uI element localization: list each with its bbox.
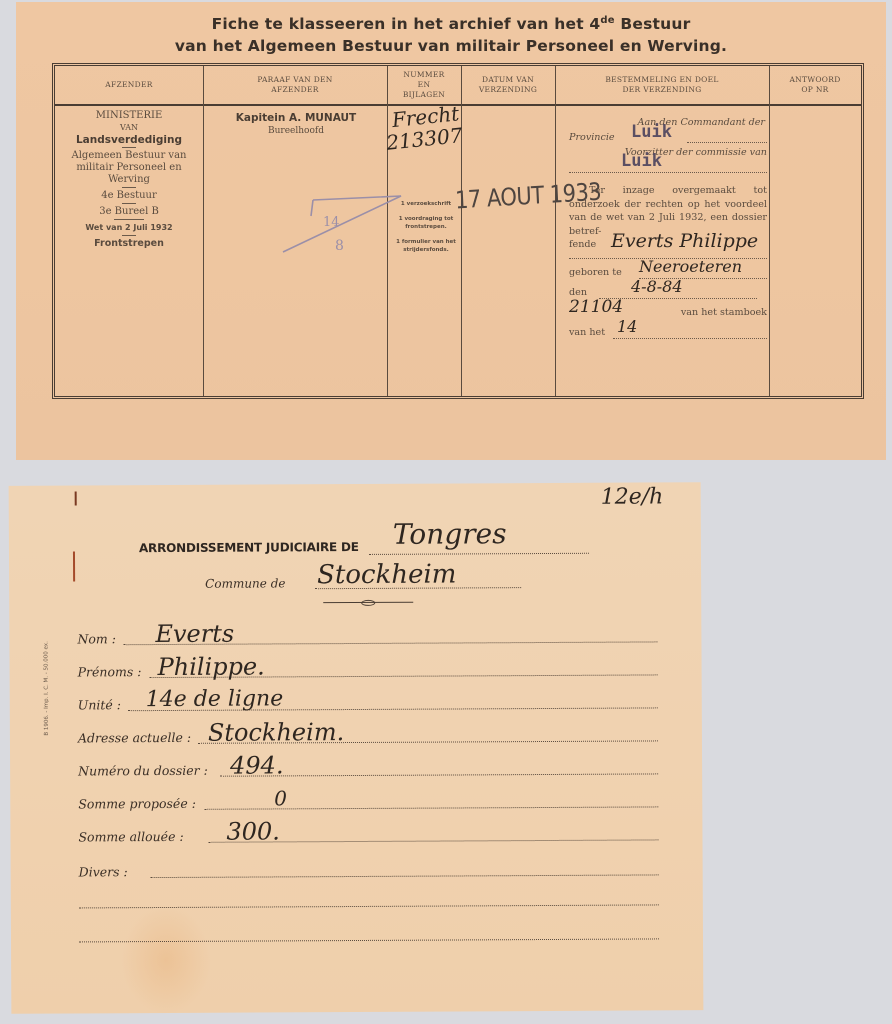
column-header-afzender: AFZENDER bbox=[55, 66, 203, 104]
field-value: Stockheim. bbox=[208, 719, 344, 746]
printer-mark: B 1906. - Imp. I. C. M. - 50.000 ex. bbox=[43, 641, 49, 735]
divider bbox=[122, 203, 136, 204]
archive-fiche-card: Fiche te klasseeren in het archief van h… bbox=[16, 2, 886, 460]
afzender-wet: Wet van 2 Juli 1932 bbox=[55, 222, 203, 234]
stamboek-nr-value: 21104 bbox=[569, 300, 623, 315]
officer-name: Kapitein A. MUNAUT bbox=[203, 112, 389, 124]
ornament-divider bbox=[323, 602, 413, 606]
pencil-top: 14 bbox=[323, 215, 340, 230]
title-line1-end: Bestuur bbox=[615, 15, 691, 33]
den-value: 4-8-84 bbox=[631, 280, 683, 295]
paper-stain bbox=[121, 905, 212, 1015]
column-header-antwoord: ANTWOORD OP Nr bbox=[769, 66, 861, 104]
fiche-title: Fiche te klasseeren in het archief van h… bbox=[16, 10, 886, 57]
corner-number: 12e/h bbox=[601, 484, 664, 509]
red-mark bbox=[75, 491, 77, 505]
commune-value: Stockheim bbox=[317, 559, 456, 590]
divider bbox=[122, 235, 136, 236]
arrondissement-value: Tongres bbox=[393, 517, 507, 551]
pencil-bottom: 8 bbox=[335, 238, 344, 254]
divider bbox=[122, 187, 136, 188]
field-somme-proposee: Somme proposée : 0 bbox=[78, 781, 658, 814]
title-line1: Fiche te klasseeren in het archief van h… bbox=[212, 15, 601, 33]
field-unite: Unité : 14e de ligne bbox=[78, 682, 658, 715]
field-numero-dossier: Numéro du dossier : 494. bbox=[78, 748, 658, 781]
red-mark bbox=[73, 551, 75, 581]
field-label: Numéro du dossier : bbox=[78, 763, 208, 779]
bijlagen-list: 1 verzoekschrift 1 voordraging tot front… bbox=[389, 200, 463, 261]
field-value: 300. bbox=[226, 818, 280, 844]
geboren-label: geboren te bbox=[569, 267, 622, 278]
stamboek-label: van het stamboek bbox=[681, 306, 767, 321]
dotted-line bbox=[220, 773, 658, 776]
field-label: Somme allouée : bbox=[78, 829, 183, 845]
column-header-bestemming: BESTEMMELING EN DOEL DER VERZENDING bbox=[555, 66, 769, 104]
field-nom: Nom : Everts bbox=[77, 616, 657, 649]
fende-label: fende bbox=[569, 239, 596, 250]
dotted-line bbox=[369, 553, 589, 555]
vanhet-value: 14 bbox=[617, 320, 637, 335]
field-somme-allouee: Somme allouée : 300. bbox=[78, 814, 658, 847]
column-header-nummer: NUMMER EN BIJLAGEN bbox=[387, 66, 461, 104]
paraaf-block: Kapitein A. MUNAUT Bureelhoofd bbox=[203, 112, 389, 136]
title-sup: de bbox=[600, 15, 614, 26]
dotted-line bbox=[151, 874, 659, 878]
vanhet-label: van het bbox=[569, 327, 605, 338]
divider bbox=[114, 219, 144, 220]
bestemming-block: Aan den Commandant der Provincie Luik Vo… bbox=[569, 116, 767, 346]
field-label: Divers : bbox=[79, 864, 128, 879]
column-divider bbox=[769, 66, 770, 396]
afzender-van: VAN bbox=[55, 122, 203, 134]
bijlage-item: 1 voordraging tot frontstrepen. bbox=[389, 215, 463, 231]
column-header-paraaf: PARAAF VAN DEN AFZENDER bbox=[203, 66, 387, 104]
fende-value: Everts Philippe bbox=[611, 234, 758, 249]
voorzitter-value: Luik bbox=[621, 154, 662, 169]
provincie-label: Provincie bbox=[569, 132, 615, 143]
field-value: 0 bbox=[274, 785, 287, 811]
divider bbox=[122, 147, 136, 148]
dotted-line bbox=[613, 338, 767, 339]
field-value: Philippe. bbox=[158, 653, 265, 680]
field-value: Everts bbox=[155, 621, 234, 647]
afzender-ministerie: MINISTERIE bbox=[55, 110, 203, 122]
field-label: Nom : bbox=[77, 631, 116, 646]
title-line2: van het Algemeen Bestuur van militair Pe… bbox=[16, 35, 886, 57]
officer-role: Bureelhoofd bbox=[203, 126, 389, 136]
field-label: Unité : bbox=[78, 697, 121, 712]
provincie-value: Luik bbox=[631, 125, 672, 140]
field-prenoms: Prénoms : Philippe. bbox=[77, 649, 657, 682]
field-label: Prénoms : bbox=[78, 664, 142, 679]
pencil-annotation-icon: 14 8 bbox=[273, 186, 403, 256]
afzender-landsverdediging: Landsverdediging bbox=[55, 134, 203, 146]
afzender-block: MINISTERIE VAN Landsverdediging Algemeen… bbox=[55, 110, 203, 250]
afzender-algemeen-bestuur: Algemeen Bestuur van militair Personeel … bbox=[55, 150, 203, 186]
field-label: Adresse actuelle : bbox=[78, 730, 191, 746]
column-divider bbox=[555, 66, 556, 396]
afzender-bestuur: 4e Bestuur bbox=[55, 190, 203, 202]
dotted-line bbox=[687, 142, 767, 143]
nummer-handwritten: Frecht 213307 bbox=[383, 102, 464, 154]
fiche-table: AFZENDER PARAAF VAN DEN AFZENDER NUMMER … bbox=[52, 63, 864, 399]
field-divers: Divers : bbox=[79, 849, 659, 882]
voorzitter-label: Voorzitter der commissie van bbox=[569, 146, 767, 161]
field-adresse: Adresse actuelle : Stockheim. bbox=[78, 715, 658, 748]
bijlage-item: 1 formulier van het strijdersfonds. bbox=[389, 238, 463, 254]
commune-label: Commune de bbox=[205, 576, 285, 590]
bijlage-item: 1 verzoekschrift bbox=[389, 200, 463, 208]
field-value: 14e de ligne bbox=[146, 686, 284, 713]
geboren-value: Neeroeteren bbox=[639, 260, 742, 275]
judicial-card: 12e/h ARRONDISSEMENT JUDICIAIRE DE Tongr… bbox=[9, 482, 704, 1014]
afzender-frontstrepen: Frontstrepen bbox=[55, 238, 203, 250]
field-label: Somme proposée : bbox=[78, 796, 196, 812]
afzender-bureel: 3e Bureel B bbox=[55, 206, 203, 218]
arrondissement-label: ARRONDISSEMENT JUDICIAIRE DE bbox=[139, 540, 359, 555]
field-value: 494. bbox=[230, 752, 284, 778]
dotted-line bbox=[204, 806, 658, 809]
column-header-datum: DATUM VAN VERZENDING bbox=[461, 66, 555, 104]
dotted-line bbox=[569, 172, 767, 173]
